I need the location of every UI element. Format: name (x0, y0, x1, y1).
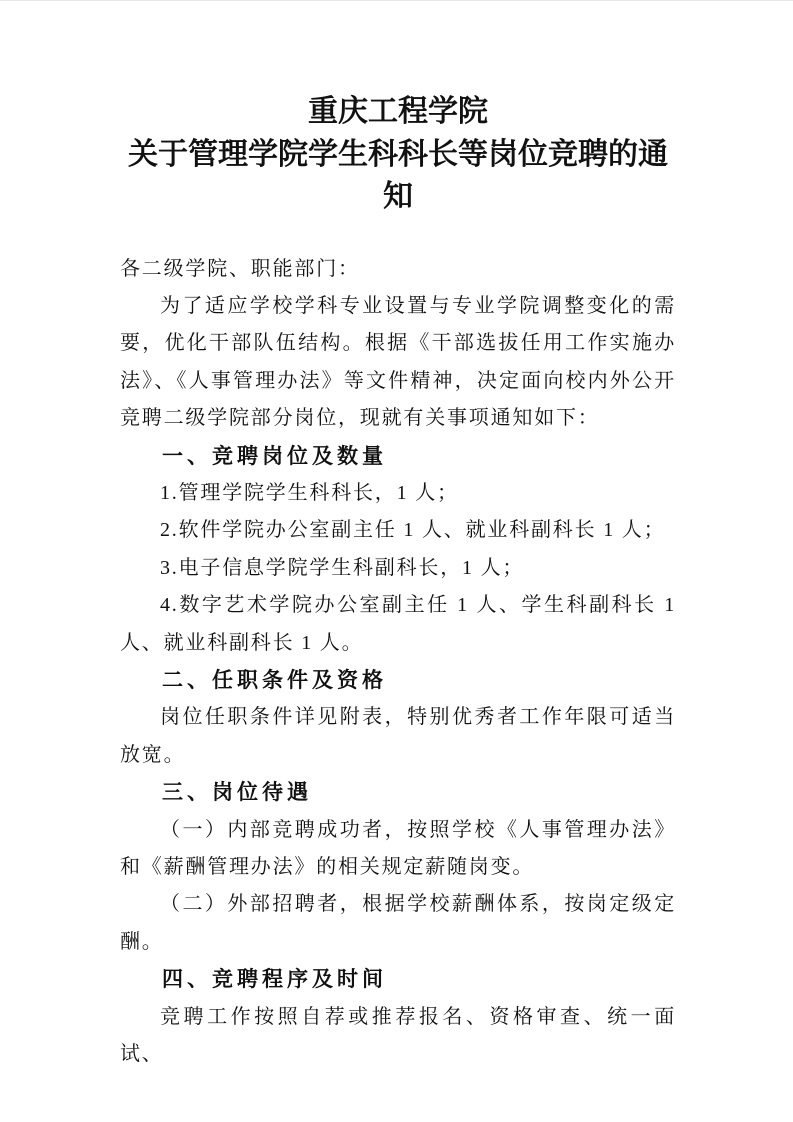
title-organization: 重庆工程学院 (120, 91, 676, 134)
section-2-heading: 二、任职条件及资格 (120, 662, 676, 699)
section-3-heading: 三、岗位待遇 (120, 774, 676, 811)
document-title: 重庆工程学院 关于管理学院学生科科长等岗位竞聘的通知 (120, 91, 676, 219)
section-1-item-2: 2.软件学院办公室副主任 1 人、就业科副科长 1 人； (120, 512, 676, 549)
section-4-paragraph: 竞聘工作按照自荐或推荐报名、资格审查、统一面试、 (120, 999, 676, 1074)
section-3-paragraph-1: （一）内部竞聘成功者，按照学校《人事管理办法》和《薪酬管理办法》的相关规定薪随岗… (120, 812, 676, 887)
section-1-item-4: 4.数字艺术学院办公室副主任 1 人、学生科副科长 1 人、就业科副科长 1 人… (120, 587, 676, 662)
document-page: 重庆工程学院 关于管理学院学生科科长等岗位竞聘的通知 各二级学院、职能部门： 为… (0, 0, 793, 1122)
intro-paragraph: 为了适应学校学科专业设置与专业学院调整变化的需要，优化干部队伍结构。根据《干部选… (120, 288, 676, 438)
section-1-item-3: 3.电子信息学院学生科副科长，1 人； (120, 550, 676, 587)
document-body: 各二级学院、职能部门： 为了适应学校学科专业设置与专业学院调整变化的需要，优化干… (120, 251, 676, 1074)
document-content: 重庆工程学院 关于管理学院学生科科长等岗位竞聘的通知 各二级学院、职能部门： 为… (0, 1, 793, 1073)
title-subject: 关于管理学院学生科科长等岗位竞聘的通知 (120, 134, 676, 219)
section-2-paragraph: 岗位任职条件详见附表，特别优秀者工作年限可适当放宽。 (120, 699, 676, 774)
section-3-paragraph-2: （二）外部招聘者，根据学校薪酬体系，按岗定级定酬。 (120, 886, 676, 961)
salutation: 各二级学院、职能部门： (120, 251, 676, 288)
section-4-heading: 四、竞聘程序及时间 (120, 961, 676, 998)
section-1-heading: 一、竞聘岗位及数量 (120, 438, 676, 475)
section-1-item-1: 1.管理学院学生科科长，1 人； (120, 475, 676, 512)
